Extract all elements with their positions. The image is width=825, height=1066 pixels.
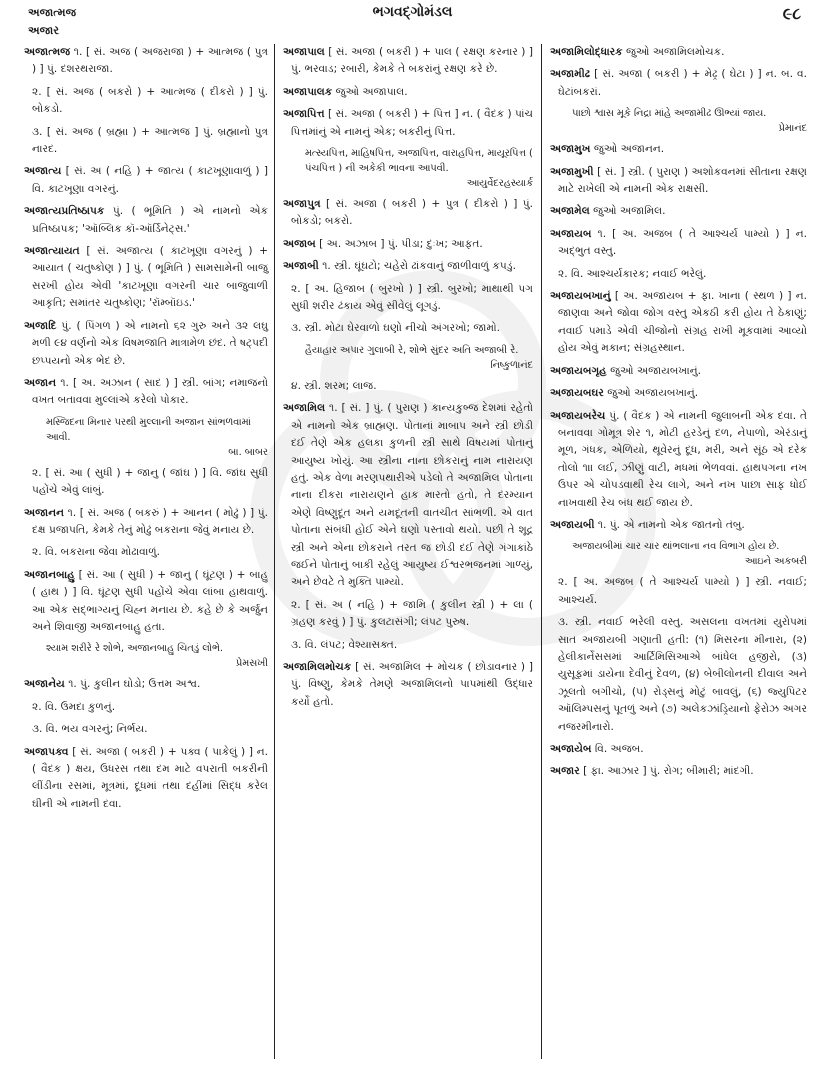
definition: ૧. પું. એ નામનો એક જાતનો તંબુ.	[598, 519, 745, 531]
definition: [ સં. અ ( નહિ ) + જાત્ય ( કાટખૂણાવાળું )…	[32, 165, 268, 194]
sub-sense: ૨. વિ. ઉમદા કુળનું.	[24, 699, 268, 716]
citation-quote: મત્સ્યપિત્ત, માહિષપિત્ત, અજાપિત્ત, વારાહ…	[283, 146, 533, 191]
dictionary-entry: અજાનન ૧. [ સં. અજ ( બકરું ) + આનન ( મોઢુ…	[24, 505, 268, 540]
headword: અજાબી	[283, 260, 319, 272]
dictionary-entry: અજાપક્વ [ સં. અજા ( બકરી ) + પક્વ ( પાકે…	[24, 744, 268, 814]
headword: અજાનબાહુ	[24, 569, 75, 581]
headword: અજાત્યાયત	[24, 245, 80, 257]
quote-text: પાછો શ્વાસ મૂકે નિદ્રા માંહે અજામીઢ ઊભ્ય…	[572, 108, 766, 119]
guide-word-bottom: અજાર	[28, 24, 59, 38]
headword: અજાત્યપ્રતિષ્ઠાપક	[24, 205, 104, 217]
page-header: અજાત્મજ અજાર ભગવદ્ગોમંડલ ૯૮	[0, 0, 825, 40]
quote-text: શ્યામ શરીરે રે શોભે, અજાનબાહુ ચિતડું લોભ…	[46, 643, 223, 654]
quote-source: આઇને અકબરી	[572, 554, 807, 569]
column-2: અજાપાલ [ સં. અજા ( બકરી ) + પાલ ( રક્ષણ …	[274, 44, 542, 1059]
sub-sense: ૨. [ અ. હિજાબ ( બુરખો ) ] સ્ત્રી. બુરખો;…	[283, 281, 533, 316]
definition: [ સં. અજા ( બકરી ) + પુત્ર ( દીકરો ) ] પ…	[291, 198, 533, 227]
headword: અજાપક્વ	[24, 746, 68, 758]
dictionary-entry: અજામેલ જુઓ અજામિલ.	[550, 203, 807, 220]
definition: ૧. પું. કુલીન ઘોડો; ઉત્તમ અશ્વ.	[68, 678, 200, 690]
sub-sense: ૨. વિ. બકરાના જેવા મોઢાવાળું.	[24, 544, 268, 561]
sub-sense: ૩. [ સં. અજ ( બ્રહ્મા ) + આત્મજ ] પું. બ…	[24, 124, 268, 159]
headword: અજાયબ	[550, 228, 591, 240]
headword: અજાપાલક	[283, 86, 332, 98]
dictionary-entry: અજામુખ જુઓ અજાનન.	[550, 141, 807, 158]
quote-source: બા. બાબર	[46, 445, 268, 460]
headword: અજાપાલ	[283, 46, 325, 58]
headword: અજામીઢ	[550, 68, 590, 80]
quote-text: મત્સ્યપિત્ત, માહિષપિત્ત, અજાપિત્ત, વારાહ…	[305, 148, 533, 174]
definition: [ ફા. આઝાર ] પું. રોગ; બીમારી; માંદગી.	[583, 765, 754, 777]
definition: ૧. [ અ. અજબ ( તે આશ્ચર્ય પામ્યો ) ] ન. અ…	[558, 228, 807, 257]
dictionary-entry: અજાત્યાયત [ સં. અજાત્ય ( કાટખૂણા વગરનું …	[24, 243, 268, 313]
sub-sense: ૩. સ્ત્રી. મોટા ઘેરવાળો ઘણો નીચો અંગરખો;…	[283, 320, 533, 337]
quote-text: અજાયબીમાં ચાર ચાર થાંભલાના નવ વિભાગ હોય …	[572, 541, 779, 552]
dictionary-entry: અજામિલ ૧. [ સં. ] પું. ( પુરાણ ) કાન્યકુ…	[283, 400, 533, 591]
dictionary-entry: અજાપાલ [ સં. અજા ( બકરી ) + પાલ ( રક્ષણ …	[283, 44, 533, 79]
dictionary-entry: અજાપુત્ર [ સં. અજા ( બકરી ) + પુત્ર ( દી…	[283, 196, 533, 231]
definition: [ સં. ] સ્ત્રી. ( પુરાણ ) અશોકવનમાં સીતા…	[558, 166, 807, 195]
headword: અજાનેય	[24, 678, 65, 690]
dictionary-entry: અજાન ૧. [ અ. અઝાન ( સાદ ) ] સ્ત્રી. બાંગ…	[24, 375, 268, 410]
sub-sense: ૩. વિ. લંપટ; વેશ્યાસક્ત.	[283, 637, 533, 654]
definition: પું. ( પિંગળ ) એ નામનો ૬૨ ગુરુ અને ૩૨ લઘ…	[32, 320, 268, 367]
sub-sense: ૪. સ્ત્રી. શરમ; લાજ.	[283, 378, 533, 395]
headword: અજાદિ	[24, 320, 57, 332]
headword: અજાત્ય	[24, 165, 61, 177]
dictionary-entry: અજામીઢ [ સં. અજા ( બકરી ) + મેઢ્ર ( ઘેટા…	[550, 66, 807, 101]
citation-quote: અજાયબીમાં ચાર ચાર થાંભલાના નવ વિભાગ હોય …	[550, 539, 807, 569]
definition: જુઓ અજામિલ.	[593, 205, 665, 217]
dictionary-entry: અજામુખી [ સં. ] સ્ત્રી. ( પુરાણ ) અશોકવન…	[550, 164, 807, 199]
sub-sense: ૩. સ્ત્રી. નવાઈ ભરેલી વસ્તુ. અસલના વખતમા…	[550, 614, 807, 736]
headword: અજાયેબ	[550, 743, 591, 755]
column-3: અજામિલોદ્ધારક જુઓ અજામિલમોચક.અજામીઢ [ સં…	[542, 44, 813, 1059]
dictionary-entry: અજાયબઘર જુઓ અજાયબખાનું.	[550, 385, 807, 402]
dictionary-columns: અજાત્મજ ૧. [ સં. અજ ( અજરાજા ) + આત્મજ (…	[18, 44, 813, 1059]
definition: જુઓ અજાપાલ.	[336, 86, 408, 98]
citation-quote: પાછો શ્વાસ મૂકે નિદ્રા માંહે અજામીઢ ઊભ્ય…	[550, 106, 807, 136]
dictionary-title: ભગવદ્ગોમંડલ	[0, 4, 825, 20]
column-1: અજાત્મજ ૧. [ સં. અજ ( અજરાજા ) + આત્મજ (…	[18, 44, 274, 1059]
sub-sense: ૨. [ સં. અજ ( બકરો ) + આત્મજ ( દીકરો ) ]…	[24, 84, 268, 119]
dictionary-entry: અજાયબગૃહ જુઓ અજાયબખાનું.	[550, 363, 807, 380]
headword: અજાપિત્ત	[283, 108, 325, 120]
dictionary-entry: અજાનબાહુ [ સં. આ ( સુધી ) + જાનુ ( ઘૂંટણ…	[24, 567, 268, 637]
headword: અજામુખ	[550, 143, 590, 155]
citation-quote: હૈયાહાર અપાર ગુલાબી રે, શોભે સુંદર અતિ અ…	[283, 343, 533, 373]
definition: [ સં. અજા ( બકરી ) + પિત્ત ] ન. ( વૈદક )…	[291, 108, 533, 137]
headword: અજામુખી	[550, 166, 594, 178]
dictionary-entry: અજામિલોદ્ધારક જુઓ અજામિલમોચક.	[550, 44, 807, 61]
headword: અજાયબી	[550, 519, 594, 531]
headword: અજામિલ	[283, 402, 325, 414]
headword: અજાબ	[283, 238, 316, 250]
definition: જુઓ અજામિલમોચક.	[626, 46, 724, 58]
dictionary-entry: અજાપાલક જુઓ અજાપાલ.	[283, 84, 533, 101]
dictionary-entry: અજાયબરેચ પું. ( વૈદક ) એ નામની જુલાબની એ…	[550, 408, 807, 512]
dictionary-entry: અજાદિ પું. ( પિંગળ ) એ નામનો ૬૨ ગુરુ અને…	[24, 318, 268, 370]
sub-sense: ૩. વિ. ભય વગરનું; નિર્ભય.	[24, 721, 268, 738]
citation-quote: મસ્જિદના મિનાર પરથી મુલ્લાની અજાન સાંભળવ…	[24, 415, 268, 460]
dictionary-entry: અજાબી ૧. સ્ત્રી. ઘૂંઘટો; ચહેરો ઢાંકવાનું…	[283, 258, 533, 275]
headword: અજાયબરેચ	[550, 410, 605, 422]
dictionary-entry: અજાયબખાનું [ અ. અજાયબ + ફા. ખાના ( સ્થળ …	[550, 288, 807, 358]
dictionary-entry: અજાયેબ વિ. અજબ.	[550, 741, 807, 758]
definition: વિ. અજબ.	[595, 743, 644, 755]
page-number: ૯૮	[783, 4, 801, 24]
sub-sense: ૨. [ સં. આ ( સુધી ) + જાનુ ( જાંઘ ) ] વિ…	[24, 465, 268, 500]
sub-sense: ૨. [ અ. અજબ ( તે આશ્ચર્ય પામ્યો ) ] સ્ત્…	[550, 574, 807, 609]
dictionary-entry: અજાત્યપ્રતિષ્ઠાપક પું. ( ભૂમિતિ ) એ નામન…	[24, 203, 268, 238]
definition: [ સં. અજા ( બકરી ) + પક્વ ( પાકેલું ) ] …	[32, 746, 268, 810]
dictionary-entry: અજાર [ ફા. આઝાર ] પું. રોગ; બીમારી; માંદ…	[550, 763, 807, 780]
headword: અજાપુત્ર	[283, 198, 321, 210]
dictionary-entry: અજાનેય ૧. પું. કુલીન ઘોડો; ઉત્તમ અશ્વ.	[24, 676, 268, 693]
headword: અજાયબખાનું	[550, 290, 611, 302]
definition: જુઓ અજાનન.	[594, 143, 664, 155]
definition: ૧. [ અ. અઝાન ( સાદ ) ] સ્ત્રી. બાંગ; નમા…	[32, 377, 268, 406]
definition: [ સં. અજા ( બકરી ) + મેઢ્ર ( ઘેટા ) ] ન.…	[558, 68, 807, 97]
headword: અજામિલોદ્ધારક	[550, 46, 623, 58]
sub-sense: ૨. વિ. આશ્ચર્યકારક; નવાઈ ભરેલું.	[550, 266, 807, 283]
dictionary-entry: અજાયબ ૧. [ અ. અજબ ( તે આશ્ચર્ય પામ્યો ) …	[550, 226, 807, 261]
definition: [ અ. અઝાબ ] પું. પીડા; દુઃખ; આફત.	[319, 238, 483, 250]
headword: અજામિલમોચક	[283, 661, 351, 673]
definition: જુઓ અજાયબખાનું.	[607, 387, 698, 399]
headword: અજાત્મજ	[24, 46, 70, 58]
quote-source: નિષ્કુળાનંદ	[305, 358, 533, 373]
definition: જુઓ અજાયબખાનું.	[610, 365, 701, 377]
dictionary-entry: અજાયબી ૧. પું. એ નામનો એક જાતનો તંબુ.	[550, 517, 807, 534]
dictionary-entry: અજામિલમોચક [ સં. અજામિલ + મોચક ( છોડાવના…	[283, 659, 533, 711]
headword: અજાયબઘર	[550, 387, 604, 399]
quote-source: પ્રેમસખી	[46, 656, 268, 671]
dictionary-entry: અજાત્ય [ સં. અ ( નહિ ) + જાત્ય ( કાટખૂણા…	[24, 163, 268, 198]
dictionary-entry: અજાપિત્ત [ સં. અજા ( બકરી ) + પિત્ત ] ન.…	[283, 106, 533, 141]
dictionary-entry: અજાત્મજ ૧. [ સં. અજ ( અજરાજા ) + આત્મજ (…	[24, 44, 268, 79]
definition: ૧. સ્ત્રી. ઘૂંઘટો; ચહેરો ઢાંકવાનું જાળીવ…	[322, 260, 516, 272]
dictionary-entry: અજાબ [ અ. અઝાબ ] પું. પીડા; દુઃખ; આફત.	[283, 236, 533, 253]
headword: અજાયબગૃહ	[550, 365, 607, 377]
quote-text: હૈયાહાર અપાર ગુલાબી રે, શોભે સુંદર અતિ અ…	[305, 345, 518, 356]
citation-quote: શ્યામ શરીરે રે શોભે, અજાનબાહુ ચિતડું લોભ…	[24, 641, 268, 671]
definition: ૧. [ સં. ] પું. ( પુરાણ ) કાન્યકુબ્જ દેશ…	[291, 402, 533, 588]
headword: અજાર	[550, 765, 580, 777]
headword: અજામેલ	[550, 205, 590, 217]
definition: ૧. [ સં. અજ ( બકરું ) + આનન ( મોઢું ) ] …	[32, 507, 268, 536]
definition: [ સં. અજા ( બકરી ) + પાલ ( રક્ષણ કરનાર )…	[291, 46, 533, 75]
quote-source: આયુર્વેદરહસ્યાર્ક	[305, 176, 533, 191]
quote-source: પ્રેમાનંદ	[572, 121, 807, 136]
headword: અજાનન	[24, 507, 64, 519]
definition: પું. ( વૈદક ) એ નામની જુલાબની એક દવા. તે…	[558, 410, 807, 509]
sub-sense: ૨. [ સં. અ ( નહિ ) + જામિ ( કુલીન સ્ત્રી…	[283, 597, 533, 632]
quote-text: મસ્જિદના મિનાર પરથી મુલ્લાની અજાન સાંભળવ…	[46, 417, 251, 443]
headword: અજાન	[24, 377, 56, 389]
